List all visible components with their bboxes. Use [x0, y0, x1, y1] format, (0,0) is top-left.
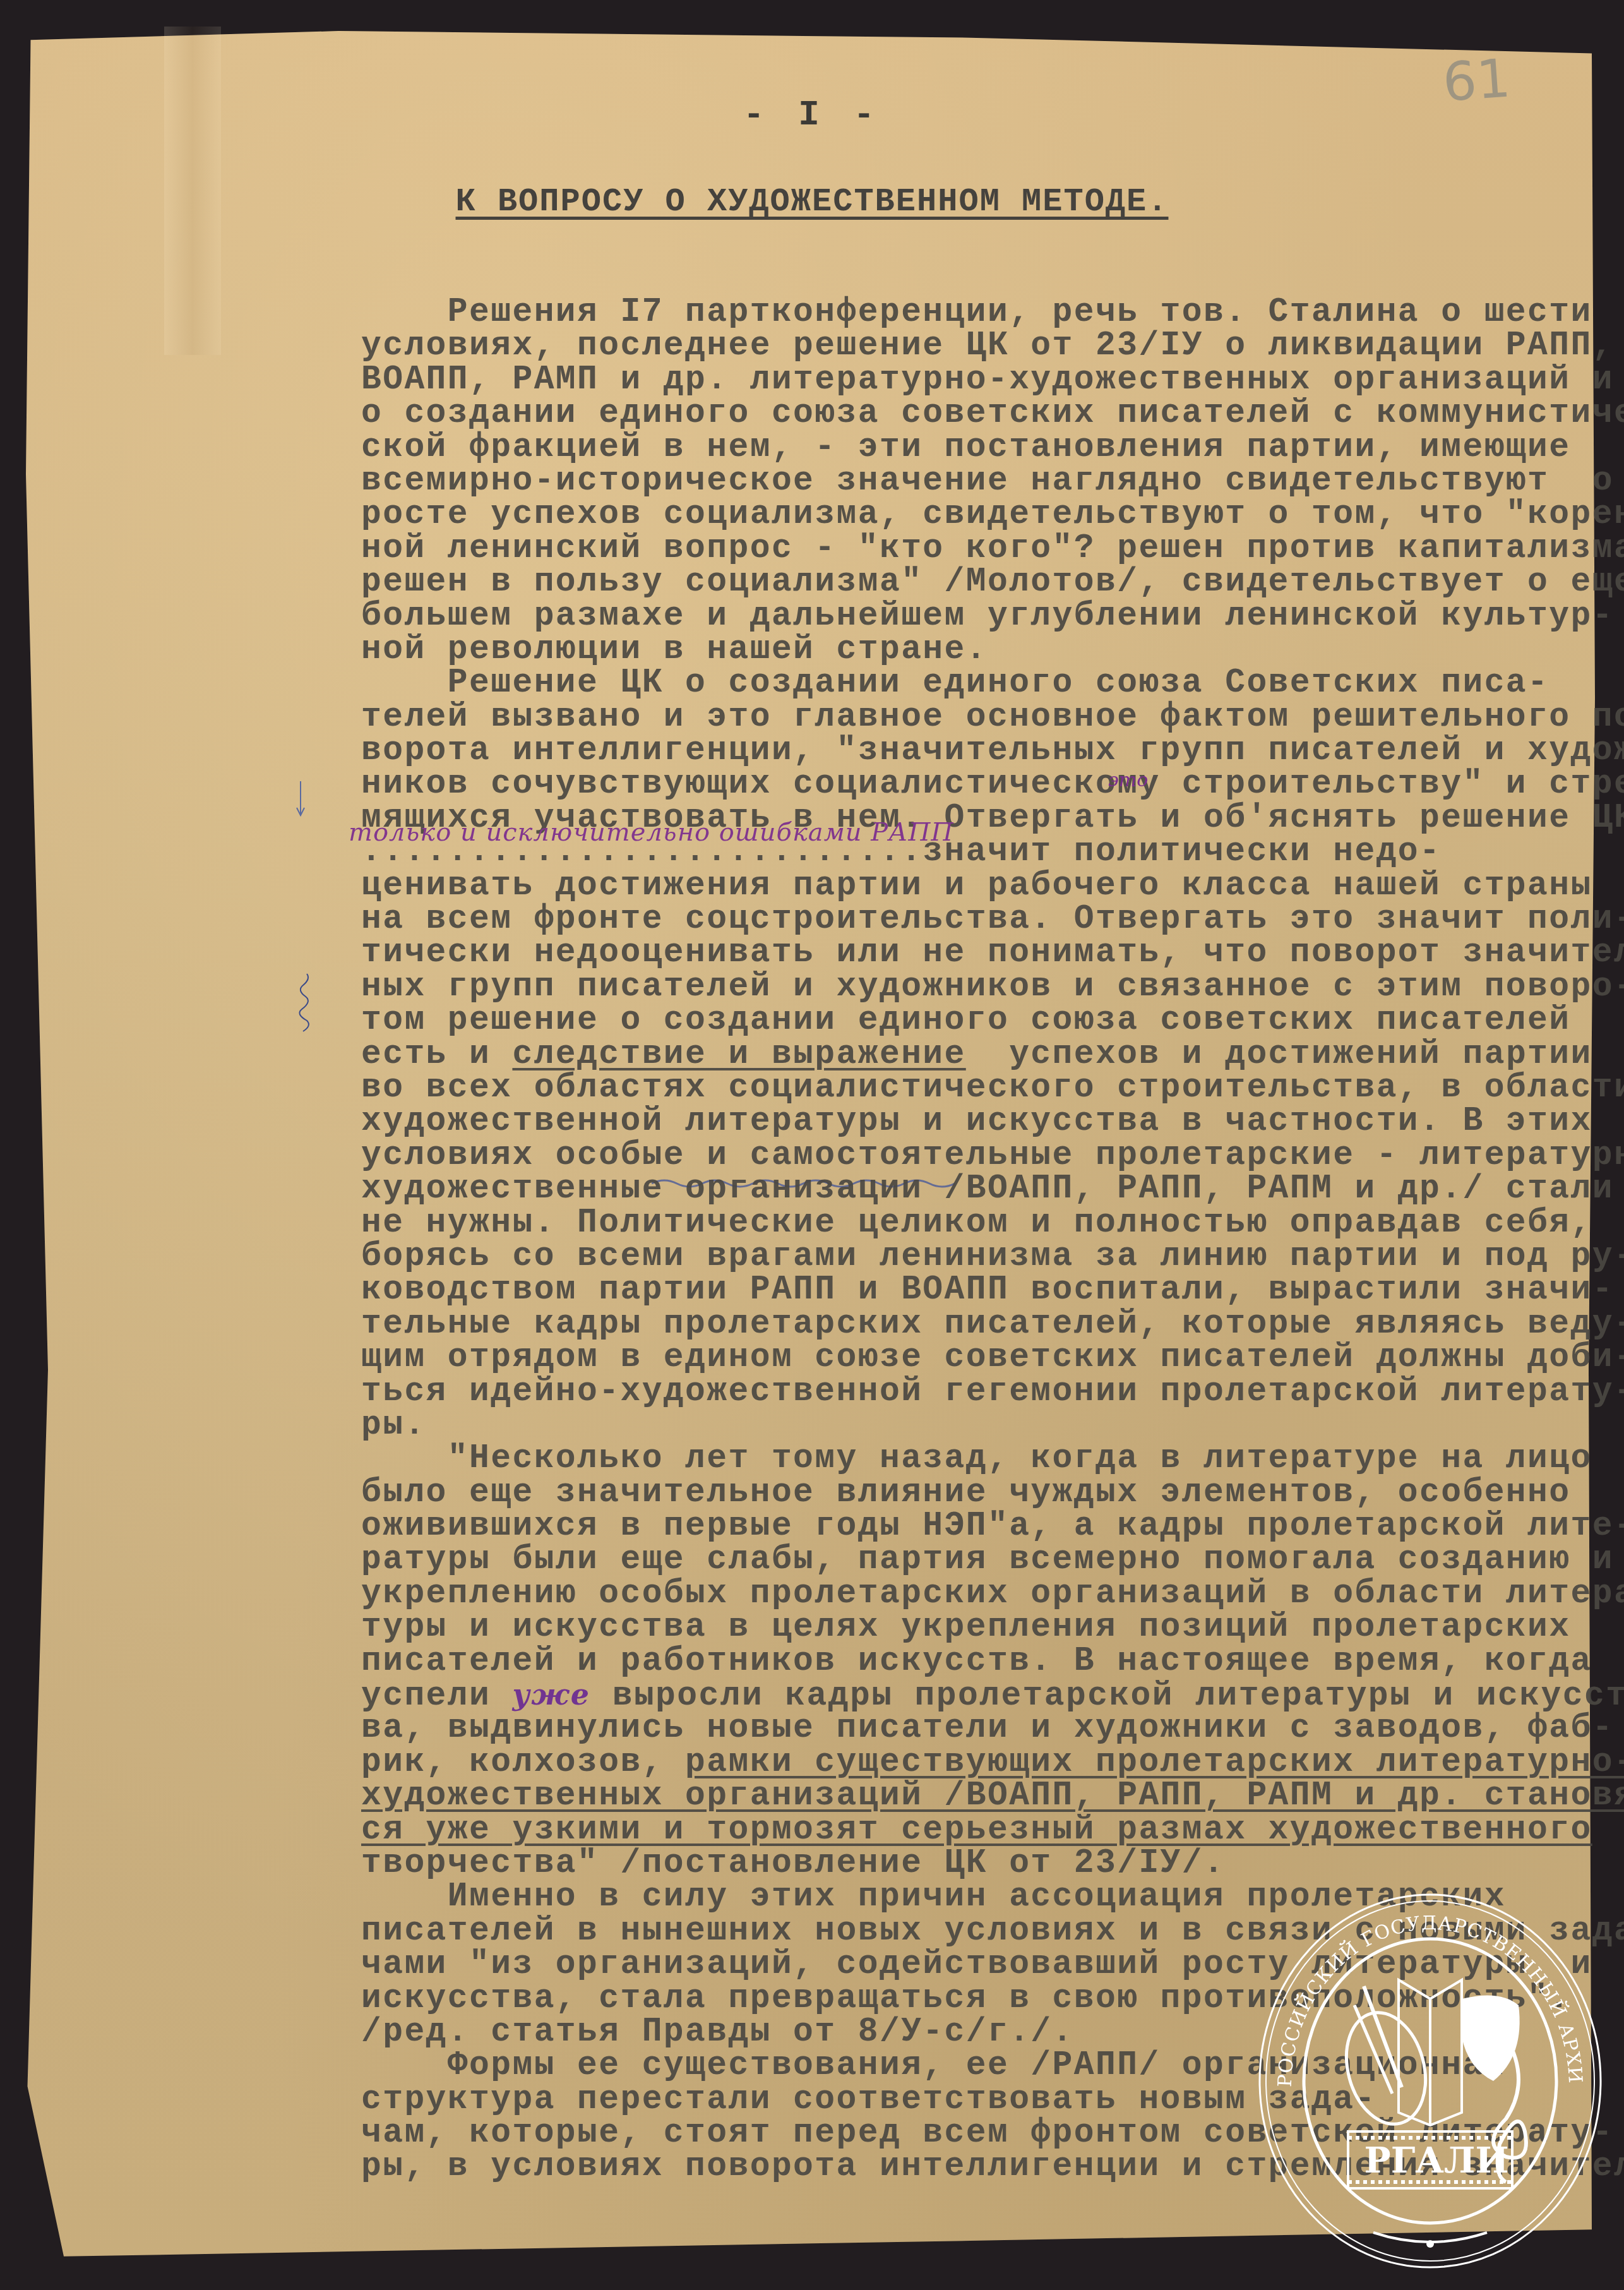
text-line: оживившихся в первые годы НЭП"а, а кадры…	[361, 1509, 1599, 1543]
margin-squiggle-icon	[296, 973, 314, 1033]
text-line: ской фракцией в нем, - эти постановления…	[361, 431, 1599, 464]
text-line: есть и следствие и выражение успехов и д…	[361, 1038, 1599, 1071]
margin-arrow-icon	[294, 780, 307, 818]
archive-stamp: РОССИЙСКИЙ ГОСУДАРСТВЕННЫЙ АРХИВ ЛИТЕРАТ…	[1253, 1879, 1607, 2270]
text-line: ководством партии РАПП и ВОАПП воспитали…	[361, 1273, 1599, 1307]
text-line: большем размахе и дальнейшем углублении …	[361, 599, 1599, 633]
text-line: ться идейно-художественной гегемонии про…	[361, 1375, 1599, 1408]
text-line: решен в пользу социализма" /Молотов/, св…	[361, 565, 1599, 599]
text-line: телей вызвано и это главное основное фак…	[361, 700, 1599, 734]
text-line: ратуры были еще слабы, партия всемерно п…	[361, 1543, 1599, 1576]
text-line: ся уже узкими и тормозят серьезный разма…	[361, 1813, 1599, 1847]
text-line: ворота интеллигенции, "значительных груп…	[361, 734, 1599, 767]
text-line: том решение о создании единого союза сов…	[361, 1004, 1599, 1037]
text-line: ной ленинский вопрос - "кто кого"? решен…	[361, 532, 1599, 565]
text-line: о создании единого союза советских писат…	[361, 397, 1599, 430]
text-line: успели уже выросли кадры пролетарской ли…	[361, 1678, 1599, 1712]
text-line: росте успехов социализма, свидетельствую…	[361, 498, 1599, 531]
text-line: условиях, последнее решение ЦК от 23/IУ …	[361, 329, 1599, 363]
text-line: писателей и работников искусств. В насто…	[361, 1645, 1599, 1678]
text-line: во всех областях социалистического строи…	[361, 1071, 1599, 1105]
text-line: художественной литературы и искусства в …	[361, 1105, 1599, 1138]
text-line: на всем фронте соцстроительства. Отверга…	[361, 902, 1599, 936]
handwritten-inserted-word: уже	[512, 1677, 590, 1712]
text-line: всемирно-историческое значение наглядно …	[361, 464, 1599, 498]
text-line: Решение ЦК о создании единого союза Сове…	[361, 666, 1599, 700]
scanned-page: 61 - I - К ВОПРОСУ О ХУДОЖЕСТВЕННОМ МЕТО…	[0, 0, 1624, 2290]
title-text: К ВОПРОСУ О ХУДОЖЕСТВЕННОМ МЕТОДЕ.	[456, 183, 1169, 220]
text-line: Решения I7 партконференции, речь тов. Ст…	[361, 296, 1599, 329]
text-line: тически недооценивать или не понимать, ч…	[361, 936, 1599, 969]
underlined-text: рамки существующих пролетарских литерату…	[685, 1743, 1624, 1781]
text-line: было еще значительное влияние чуждых эле…	[361, 1476, 1599, 1509]
text-line: тельные кадры пролетарских писателей, ко…	[361, 1307, 1599, 1341]
text-line: творчества" /постановление ЦК от 23/IУ/.	[361, 1847, 1599, 1880]
underlined-text: ся уже узкими и тормозят серьезный разма…	[361, 1811, 1592, 1849]
underlined-text: художественных организаций /ВОАПП, РАПП,…	[361, 1777, 1624, 1814]
text-line: условиях особые и самостоятельные пролет…	[361, 1139, 1599, 1172]
text-line: ..........................значит политич…	[361, 835, 1599, 868]
text-line: ной революции в нашей стране.	[361, 633, 1599, 666]
text-line: ва, выдвинулись новые писатели и художни…	[361, 1712, 1599, 1745]
svg-text:РОССИЙСКИЙ ГОСУДАРСТВЕННЫЙ АРХ: РОССИЙСКИЙ ГОСУДАРСТВЕННЫЙ АРХИВ ЛИТЕРАТ…	[1253, 1879, 1586, 2087]
text-line: рик, колхозов, рамки существующих пролет…	[361, 1746, 1599, 1779]
text-line: ных групп писателей и художников и связа…	[361, 970, 1599, 1004]
text-line: туры и искусства в целях укрепления пози…	[361, 1610, 1599, 1644]
stamp-outer-text: РОССИЙСКИЙ ГОСУДАРСТВЕННЫЙ АРХИВ ЛИТЕРАТ…	[1253, 1879, 1586, 2087]
page-number: - I -	[0, 95, 1624, 135]
text-line: художественные организации /ВОАПП, РАПП,…	[361, 1172, 1599, 1206]
text-line: щим отрядом в едином союзе советских пис…	[361, 1341, 1599, 1374]
document-title: К ВОПРОСУ О ХУДОЖЕСТВЕННОМ МЕТОДЕ.	[0, 183, 1624, 220]
text-line: "Несколько лет тому назад, когда в литер…	[361, 1442, 1599, 1475]
underlined-text: следствие и выражение	[512, 1035, 965, 1073]
text-line: ников сочувствующих социалистическому ст…	[361, 767, 1599, 801]
text-line: не нужны. Политические целиком и полност…	[361, 1206, 1599, 1240]
text-line: художественных организаций /ВОАПП, РАПП,…	[361, 1779, 1599, 1813]
text-line: ры.	[361, 1408, 1599, 1442]
handwritten-margin-note: только и исключительно ошибками РАПП	[349, 816, 953, 849]
text-line: ценивать достижения партии и рабочего кл…	[361, 869, 1599, 902]
stamp-abbr: РГАЛИ	[1364, 2140, 1509, 2181]
text-line: ВОАПП, РАМП и др. литературно-художестве…	[361, 363, 1599, 397]
text-line: укреплению особых пролетарских организац…	[361, 1577, 1599, 1610]
handwritten-insert: это	[1108, 769, 1148, 791]
text-line: борясь со всеми врагами ленинизма за лин…	[361, 1240, 1599, 1273]
